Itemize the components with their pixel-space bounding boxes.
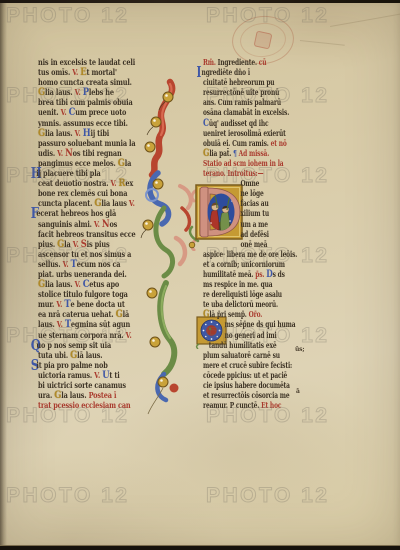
text-segment: ne lōge	[240, 188, 263, 198]
manuscript-text-line: cōcede ppicius: ut et paciē	[203, 370, 275, 380]
text-segment: te uba delictorū meorū.	[203, 299, 278, 309]
text-segment: V.	[129, 198, 135, 208]
text-segment: V.	[75, 128, 83, 138]
manuscript-text-line: mere et crucē subire fecisti:	[203, 360, 275, 370]
manuscript-text-line: Glia laus. V. Hij tibi	[38, 128, 129, 138]
manuscript-text-line: ms respice in me. qua	[203, 279, 275, 289]
manuscript-text-line: um a me	[203, 219, 275, 229]
text-segment: ecum nos ca	[77, 259, 121, 269]
text-segment: V.	[56, 299, 64, 309]
parchment-crease	[300, 40, 345, 46]
parchment-crease	[330, 13, 400, 27]
manuscript-text-line: Cūq' audisset qd ihc	[203, 118, 275, 128]
manuscript-text-line: onē meā	[203, 239, 275, 249]
text-segment: ascensor tu et nos simus a	[38, 249, 131, 259]
manuscript-text-line: xilium tu	[203, 208, 275, 218]
stamp-center-mark	[254, 31, 273, 50]
manuscript-text-line: Sit pia pro palme nob	[38, 360, 129, 370]
text-segment: V.	[57, 319, 65, 329]
text-segment: terano. Introitus:—	[203, 168, 263, 178]
manuscript-text-line: ceat deuotio nostra. V. Rex	[38, 178, 129, 188]
text-segment: trat pcessio ecclesiam can	[38, 400, 131, 410]
text-segment: lā	[123, 309, 129, 319]
text-segment: sanguinis almi.	[38, 219, 94, 229]
manuscript-text-line: tandū humilitatis exē	[203, 340, 275, 350]
text-segment: la laus.	[61, 390, 88, 400]
marginal-note: ā	[296, 388, 300, 395]
manuscript-text-line: passuro soluebant munia la	[38, 138, 129, 148]
marginal-note: ūs;	[295, 346, 304, 353]
text-segment: ueniret ierosolimā exierūt	[203, 128, 286, 138]
manuscript-text-line: Glia laus. V. Plebs he	[38, 87, 129, 97]
text-segment: ans. Cum ramis palmarū	[203, 97, 281, 107]
manuscript-text-line: ms sēp̄ne ds qui huma	[203, 319, 275, 329]
manuscript-text-line: uenit. V. Cum prece uoto	[38, 107, 129, 117]
text-segment: lebs he	[89, 87, 114, 97]
text-segment: lia pat̄.	[209, 148, 233, 158]
page-edge-top	[0, 0, 400, 3]
text-segment: xilium tu	[240, 208, 269, 218]
page-edge-left	[0, 0, 7, 550]
manuscript-text-line: Rm̄. Ingrediente. cū	[203, 57, 275, 67]
text-segment: s ds	[273, 269, 285, 279]
manuscript-text-line: pius. Gla V. Sis pius	[38, 239, 129, 249]
manuscript-text-line: ascensor tu et nos simus a	[38, 249, 129, 259]
manuscript-text-line: tus omīs. V. Et mortal'	[38, 67, 129, 77]
manuscript-text-line: facias au	[203, 198, 275, 208]
manuscript-text-line: re dereliquisti lōge asalu	[203, 289, 275, 299]
manuscript-text-line: humilitatē meā. p̄s. Ds ds	[203, 269, 275, 279]
text-segment: Or̄o.	[249, 309, 263, 319]
text-segment: lia laus	[101, 198, 129, 208]
manuscript-text-line: osāna clamabāt in excelsis.	[203, 107, 275, 117]
text-segment: is pius	[87, 239, 110, 249]
text-segment: uenit.	[38, 107, 61, 117]
text-segment: plum saluatorē carnē su	[203, 350, 280, 360]
manuscript-text-line: ue sternam corpora nrā. V.	[38, 330, 129, 340]
text-segment: V.	[63, 259, 71, 269]
manuscript-text-line: ea nrā caterua uehat. Glā	[38, 309, 129, 319]
text-segment: tus omīs.	[38, 67, 72, 77]
manuscript-text-line: pangimus ecce melos. Gla	[38, 158, 129, 168]
text-segment: Ingrediente.	[218, 57, 259, 67]
text-segment: stolice titulo fulgore toga	[38, 289, 128, 299]
text-segment: pangimus ecce melos.	[38, 158, 118, 168]
text-segment: ms respice in me. qua	[203, 279, 272, 289]
text-segment: ad defēsi	[240, 229, 268, 239]
manuscript-text-line: ueniret ierosolimā exierūt	[203, 128, 275, 138]
text-segment: ceat deuotio nostra.	[38, 178, 110, 188]
manuscript-text-line: terano. Introitus:—	[203, 168, 275, 178]
text-segment: onē meā	[240, 239, 267, 249]
text-segment: ura.	[38, 390, 54, 400]
text-segment: Postea ī	[89, 390, 117, 400]
manuscript-text-line: cie ipsius habere documēta	[203, 380, 275, 390]
manuscript-text-line: sellus. V. Tecum nos ca	[38, 259, 129, 269]
left-text-column: nis in excelsis te laudat celitus omīs. …	[38, 57, 152, 410]
text-segment: etus apo	[89, 279, 119, 289]
text-segment: V.	[126, 330, 132, 340]
manuscript-text-line: trat pcessio ecclesiam can	[38, 400, 129, 410]
text-segment: pius.	[38, 239, 57, 249]
text-segment: V.	[94, 370, 102, 380]
text-segment: t ti	[109, 370, 119, 380]
manuscript-text-line: Hij placuere tibi pla	[38, 168, 129, 178]
text-segment: no generi ad imi	[225, 330, 277, 340]
text-segment: cū	[259, 57, 267, 67]
text-segment: t mortal'	[86, 67, 116, 77]
text-segment: et resurrectōis cōsorcia me	[203, 390, 289, 400]
manuscript-text-line: bi uictrici sorte canamus	[38, 380, 129, 390]
manuscript-text-line: et resurrectōis cōsorcia me	[203, 390, 275, 400]
text-segment: laus.	[38, 319, 57, 329]
manuscript-text-line: ne lōge	[203, 188, 275, 198]
manuscript-text-line: uictoria ramus. V. Ut ti	[38, 370, 129, 380]
manuscript-text-line: Fecerat hebreos hos glā	[38, 208, 129, 218]
text-segment: et nō	[271, 138, 287, 148]
manuscript-text-line: Quo p nos semp sit uia	[38, 340, 129, 350]
text-segment: egmina sūt agun	[71, 319, 130, 329]
text-segment: lia laus.	[45, 87, 75, 97]
manuscript-text-line: resurrectōnē uite pronū	[203, 87, 275, 97]
text-segment: osāna clamabāt in excelsis.	[203, 107, 289, 117]
manuscript-text-line: brea tibi cum palmis obuia	[38, 97, 129, 107]
manuscript-text-line: ciuitatē hebreorum pu	[203, 77, 275, 87]
manuscript-text-line: Ingrediēte dn̄o ī	[203, 67, 275, 77]
text-segment: ue sternam corpora nrā.	[38, 330, 126, 340]
text-segment: V.	[72, 67, 80, 77]
text-segment: it pia pro palme nob	[36, 360, 107, 370]
text-segment: brea tibi cum palmis obuia	[38, 97, 133, 107]
text-segment: os tibi regnan	[73, 148, 122, 158]
manuscript-text-line: Glia pat̄. ¶ Ad missā.	[203, 148, 275, 158]
text-segment: tuta ubi.	[38, 350, 70, 360]
manuscript-text-line: sanguinis almi. V. Nos	[38, 219, 129, 229]
text-segment: humilitatē meā.	[203, 269, 255, 279]
manuscript-text-line: tuta ubi. Glā laus.	[38, 350, 129, 360]
text-segment: cuncta placent.	[38, 198, 94, 208]
text-segment: V.	[110, 178, 118, 188]
manuscript-text-line: et a cornib; unicorniorum	[203, 259, 275, 269]
manuscript-photo: nis in excelsis te laudat celitus omīs. …	[0, 0, 400, 550]
text-segment: um prece uoto	[75, 107, 126, 117]
manuscript-page: nis in excelsis te laudat celitus omīs. …	[0, 0, 400, 550]
text-segment: cōcede ppicius: ut et paciē	[203, 370, 287, 380]
text-segment: Ad missā.	[239, 148, 269, 158]
text-segment: lā p̄ri semp̄.	[209, 309, 248, 319]
manuscript-text-line: no generi ad imi	[203, 330, 275, 340]
text-segment: ms sēp̄ne ds qui huma	[225, 319, 296, 329]
right-text-column: Rm̄. Ingrediente. cūIngrediēte dn̄o īciu…	[203, 57, 303, 410]
text-segment: Omne	[240, 178, 259, 188]
text-segment: p̄s.	[255, 269, 266, 279]
manuscript-text-line: Statio ad scm iohem in la	[203, 158, 275, 168]
text-segment: cie ipsius habere documēta	[203, 380, 290, 390]
manuscript-text-line: ad defēsi	[203, 229, 275, 239]
text-segment: udis.	[38, 148, 57, 158]
text-segment: ciuitatē hebreorum pu	[203, 77, 274, 87]
manuscript-text-line: reamur. P cunctē. Et hoc	[203, 400, 275, 410]
manuscript-text-line: laus. V. Tegmina sūt agun	[38, 319, 129, 329]
text-segment: lia laus.	[45, 279, 75, 289]
text-segment: os	[109, 219, 117, 229]
text-segment: ngrediēte dn̄o ī	[202, 67, 250, 77]
manuscript-text-line: udis. V. Nos tibi regnan	[38, 148, 129, 158]
text-segment: mur.	[38, 299, 56, 309]
manuscript-text-line: Omne	[203, 178, 275, 188]
text-segment: Rm̄.	[203, 57, 218, 67]
text-segment: tandū humilitatis exē	[209, 340, 277, 350]
manuscript-text-line: bone rex clemēs cui bona	[38, 188, 129, 198]
text-segment: uictoria ramus.	[38, 370, 94, 380]
text-segment: mere et crucē subire fecisti:	[203, 360, 292, 370]
text-segment: re dereliquisti lōge asalu	[203, 289, 282, 299]
manuscript-text-line: obuiā ei. Cum ramis. et nō	[203, 138, 275, 148]
text-segment: la	[125, 158, 131, 168]
text-segment: ex	[125, 178, 133, 188]
text-segment: sellus.	[38, 259, 63, 269]
manuscript-text-line: Glā p̄ri semp̄. Or̄o.	[203, 309, 275, 319]
text-segment: V.	[75, 87, 83, 97]
text-segment: aspice· libera me de ore leōis.	[203, 249, 297, 259]
text-segment: ūq' audisset qd ihc	[209, 118, 269, 128]
text-segment: ea nrā caterua uehat.	[38, 309, 116, 319]
manuscript-text-line: te uba delictorū meorū.	[203, 299, 275, 309]
manuscript-text-line: ans. Cum ramis palmarū	[203, 97, 275, 107]
text-segment: obuiā ei. Cum ramis.	[203, 138, 271, 148]
text-segment: ij tibi	[90, 128, 109, 138]
text-segment: V.	[57, 148, 65, 158]
page-edge-bottom	[0, 545, 400, 550]
text-segment: V.	[75, 279, 83, 289]
text-segment: lā laus.	[77, 350, 102, 360]
manuscript-text-line: cuncta placent. Glia laus V.	[38, 198, 129, 208]
manuscript-text-line: aspice· libera me de ore leōis.	[203, 249, 275, 259]
manuscript-text-line: ura. Gla laus. Postea ī	[38, 390, 129, 400]
text-segment: bone rex clemēs cui bona	[38, 188, 127, 198]
text-segment: V.	[94, 219, 102, 229]
text-segment: passuro soluebant munia la	[38, 138, 135, 148]
text-segment: Et hoc	[261, 400, 281, 410]
text-segment: resurrectōnē uite pronū	[203, 87, 279, 97]
text-segment: Statio ad scm iohem in la	[203, 158, 283, 168]
text-segment: reamur. P cunctē.	[203, 400, 261, 410]
manuscript-text-line: stolice titulo fulgore toga	[38, 289, 129, 299]
text-segment: lia laus.	[45, 128, 75, 138]
text-segment: um a me	[240, 219, 267, 229]
text-segment: facias au	[240, 198, 268, 208]
manuscript-text-line: Glia laus. V. Cetus apo	[38, 279, 129, 289]
text-segment: bi uictrici sorte canamus	[38, 380, 126, 390]
text-segment: ij placuere tibi pla	[36, 168, 100, 178]
manuscript-text-line: plum saluatorē carnē su	[203, 350, 275, 360]
